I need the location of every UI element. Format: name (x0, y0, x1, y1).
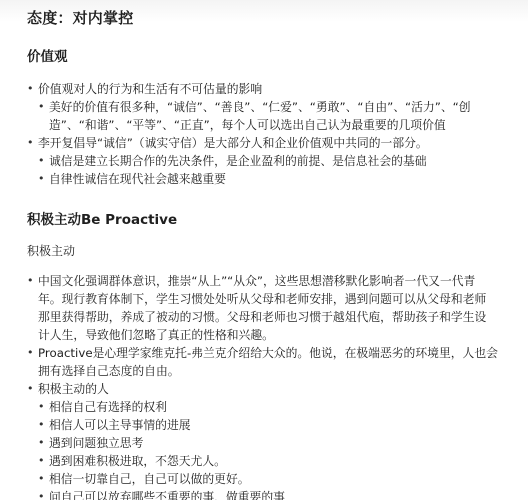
list-item: • 相信人可以主导事情的进展 (0, 416, 528, 434)
list-item: • 相信自己有选择的权利 (0, 398, 528, 416)
values-list: • 价值观对人的行为和生活有不可估量的影响 • 美好的价值有很多种，“诚信”、“… (0, 80, 528, 188)
list-item: • 自律性诚信在现代社会越来越重要 (0, 170, 528, 188)
list-item: • 美好的价值有很多种，“诚信”、“善良”、“仁爱”、“勇敢”、“自由”、“活力… (0, 98, 528, 134)
list-item: • 相信一切靠自己，自己可以做的更好。 (0, 470, 528, 488)
list-item: • 中国文化强调群体意识，推崇“从上”“从众”，这些思想潜移默化影响者一代又一代… (0, 272, 528, 344)
bullet-icon: • (27, 134, 34, 152)
bullet-icon: • (38, 170, 45, 188)
proactive-list: • 中国文化强调群体意识，推崇“从上”“从众”，这些思想潜移默化影响者一代又一代… (0, 272, 528, 500)
bullet-icon: • (27, 80, 34, 98)
list-item: • 积极主动的人 (0, 380, 528, 398)
bullet-icon: • (38, 434, 45, 452)
bullet-icon: • (27, 380, 34, 398)
bullet-icon: • (38, 152, 45, 170)
bullet-icon: • (38, 416, 45, 434)
list-item: • 诚信是建立长期合作的先决条件，是企业盈利的前提、是信息社会的基础 (0, 152, 528, 170)
list-item: • 遇到困难积极进取，不怨天尤人。 (0, 452, 528, 470)
page-title: 态度：对内掌控 (27, 7, 133, 28)
list-item: • 问自己可以放弃哪些不重要的事，做重要的事 (0, 488, 528, 500)
list-item: • 遇到问题独立思考 (0, 434, 528, 452)
section-heading-values: 价值观 (27, 45, 68, 65)
bullet-icon: • (38, 98, 45, 116)
bullet-icon: • (27, 272, 34, 290)
bullet-icon: • (38, 398, 45, 416)
list-item: • 李开复倡导“诚信”（诚实守信）是大部分人和企业价值观中共同的一部分。 (0, 134, 528, 152)
bullet-icon: • (38, 488, 45, 500)
list-item: • Proactive是心理学家维克托-弗兰克介绍给大众的。他说，在极端恶劣的环… (0, 344, 528, 380)
bullet-icon: • (38, 452, 45, 470)
bullet-icon: • (38, 470, 45, 488)
bullet-icon: • (27, 344, 34, 362)
section-subheading: 积极主动 (27, 242, 75, 259)
section-heading-proactive: 积极主动Be Proactive (27, 208, 177, 228)
list-item: • 价值观对人的行为和生活有不可估量的影响 (0, 80, 528, 98)
